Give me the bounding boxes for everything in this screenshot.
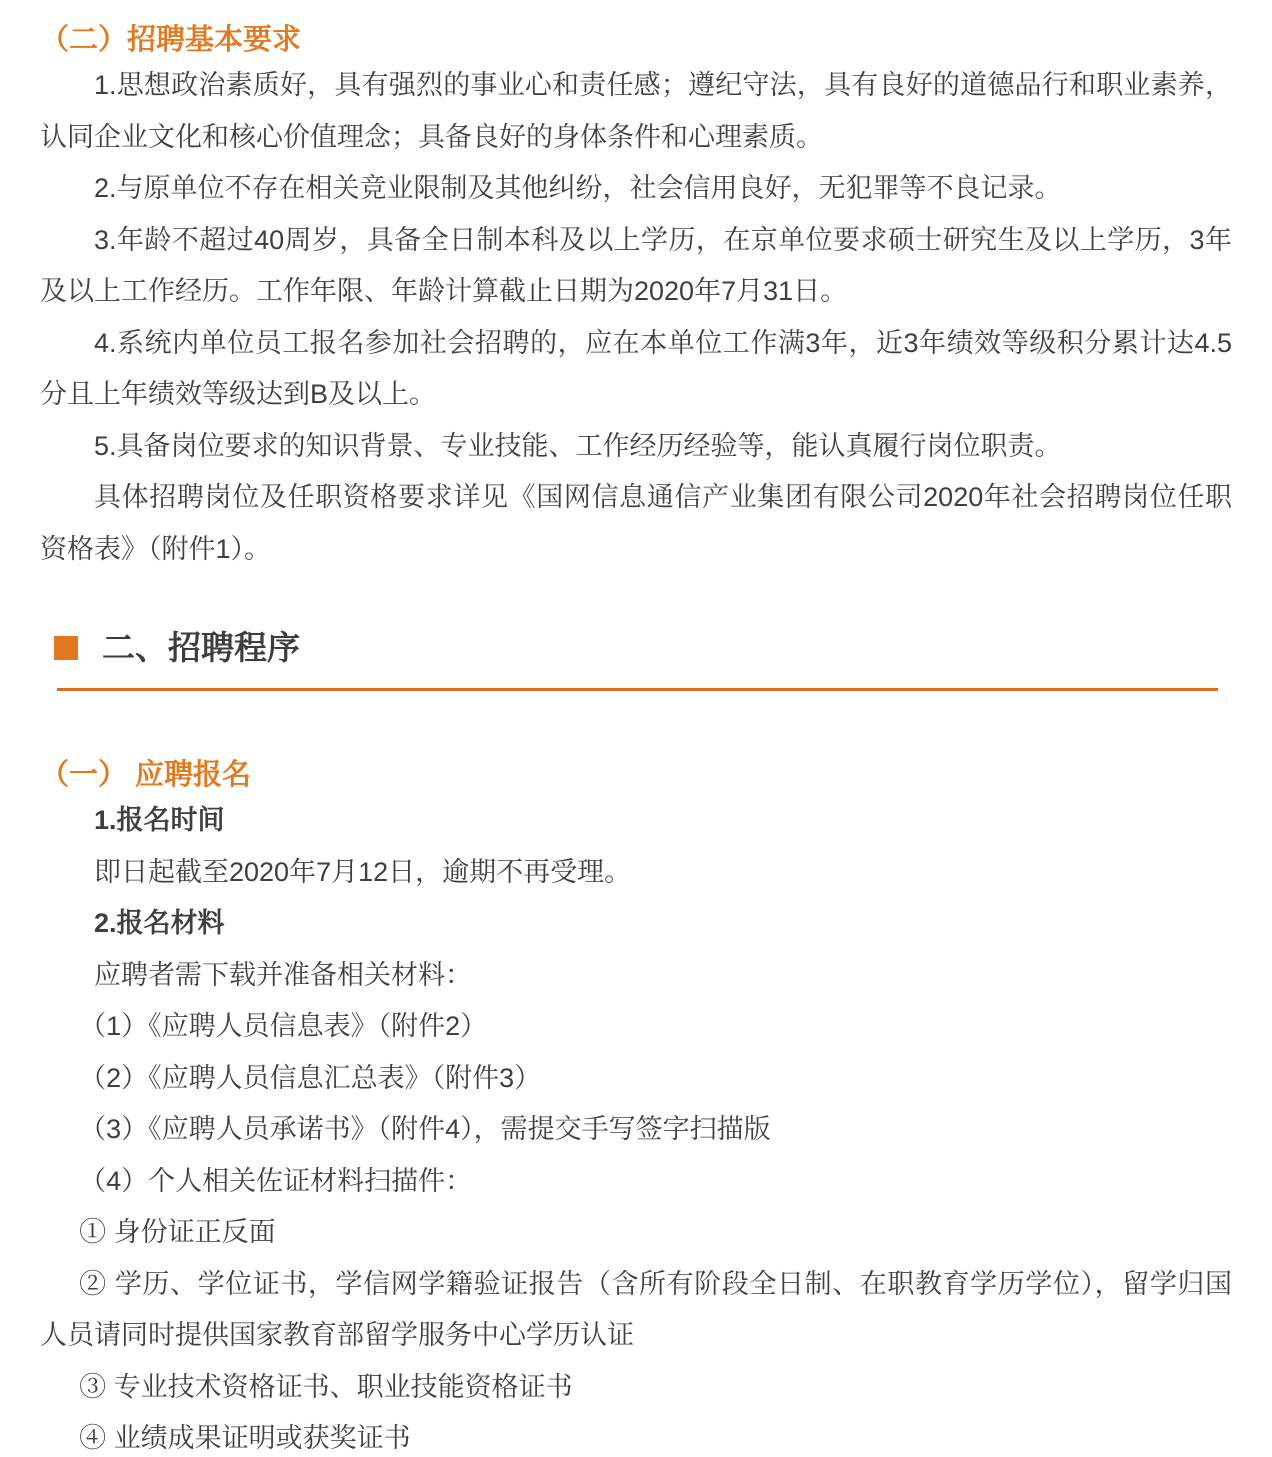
section-divider <box>57 688 1218 691</box>
application-materials-title: 2.报名材料 <box>40 898 1232 950</box>
application-time-title: 1.报名时间 <box>40 795 1232 847</box>
requirement-paragraph: 4.系统内单位员工报名参加社会招聘的，应在本单位工作满3年，近3年绩效等级积分累… <box>40 318 1232 421</box>
material-item: （2）《应聘人员信息汇总表》（附件3） <box>40 1053 1232 1105</box>
heading-basic-requirements: （二）招聘基本要求 <box>40 20 1232 60</box>
heading-application: （一） 应聘报名 <box>40 755 1232 795</box>
evidence-item: ④ 业绩成果证明或获奖证书 <box>40 1413 1232 1457</box>
requirement-paragraph-attachment-note: 具体招聘岗位及任职资格要求详见《国网信息通信产业集团有限公司2020年社会招聘岗… <box>40 472 1232 575</box>
material-item: （3）《应聘人员承诺书》（附件4），需提交手写签字扫描版 <box>40 1104 1232 1156</box>
material-item: （4）个人相关佐证材料扫描件： <box>40 1156 1232 1208</box>
evidence-item: ② 学历、学位证书，学信网学籍验证报告（含所有阶段全日制、在职教育学历学位），留… <box>40 1259 1232 1362</box>
material-item: （1）《应聘人员信息表》（附件2） <box>40 1001 1232 1053</box>
requirement-paragraph: 5.具备岗位要求的知识背景、专业技能、工作经历经验等，能认真履行岗位职责。 <box>40 421 1232 473</box>
application-time-deadline: 即日起截至2020年7月12日，逾期不再受理。 <box>40 847 1232 899</box>
evidence-item: ① 身份证正反面 <box>40 1207 1232 1259</box>
requirement-paragraph: 3.年龄不超过40周岁，具备全日制本科及以上学历，在京单位要求硕士研究生及以上学… <box>40 215 1232 318</box>
section-title-recruitment-procedure: 二、招聘程序 <box>40 623 1232 673</box>
requirement-paragraph: 2.与原单位不存在相关竞业限制及其他纠纷，社会信用良好，无犯罪等不良记录。 <box>40 163 1232 215</box>
square-bullet-icon <box>54 636 78 660</box>
evidence-item: ③ 专业技术资格证书、职业技能资格证书 <box>40 1362 1232 1414</box>
application-materials-intro: 应聘者需下载并准备相关材料： <box>40 950 1232 1002</box>
section-title-text: 二、招聘程序 <box>102 623 300 673</box>
document-page: （二）招聘基本要求 1.思想政治素质好，具有强烈的事业心和责任感；遵纪守法，具有… <box>0 20 1272 1457</box>
requirement-paragraph: 1.思想政治素质好，具有强烈的事业心和责任感；遵纪守法，具有良好的道德品行和职业… <box>40 60 1232 163</box>
